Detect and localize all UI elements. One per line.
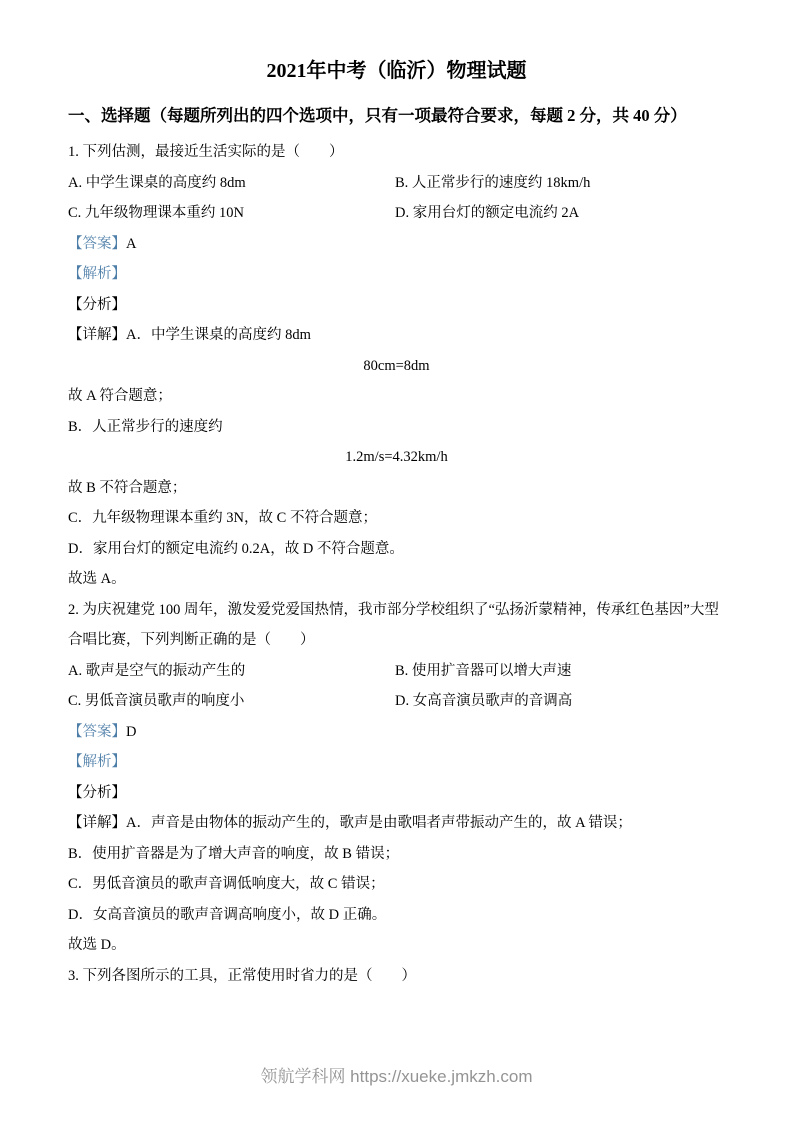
section-header: 一、选择题（每题所列出的四个选项中，只有一项最符合要求，每题 2 分，共 40 …	[68, 102, 725, 130]
q1-detail-a-conclusion: 故 A 符合题意；	[68, 381, 725, 412]
q2-answer-value: D	[126, 724, 136, 740]
q2-final-answer: 故选 D。	[68, 930, 725, 961]
q1-formula-2: 1.2m/s=4.32km/h	[68, 442, 725, 473]
q2-answer-line: 【答案】D	[68, 717, 725, 748]
q1-answer-value: A	[126, 236, 136, 252]
answer-label: 【答案】	[68, 236, 126, 252]
question-1: 1. 下列估测，最接近生活实际的是（ ） A. 中学生课桌的高度约 8dm B.…	[68, 137, 725, 595]
q2-fenxi-label: 【分析】	[68, 778, 725, 809]
q2-detail-d: D．女高音演员的歌声音调高响度小，故 D 正确。	[68, 900, 725, 931]
q1-option-a: A. 中学生课桌的高度约 8dm	[68, 168, 395, 199]
q1-detail-b-conclusion: 故 B 不符合题意；	[68, 473, 725, 504]
q1-detail-d: D．家用台灯的额定电流约 0.2A，故 D 不符合题意。	[68, 534, 725, 565]
q2-options-row-1: A. 歌声是空气的振动产生的 B. 使用扩音器可以增大声速	[68, 656, 725, 687]
question-2: 2. 为庆祝建党 100 周年，激发爱党爱国热情，我市部分学校组织了“弘扬沂蒙精…	[68, 595, 725, 961]
q2-detail-c: C．男低音演员的歌声音调低响度大，故 C 错误；	[68, 869, 725, 900]
q1-options-row-1: A. 中学生课桌的高度约 8dm B. 人正常步行的速度约 18km/h	[68, 168, 725, 199]
q1-formula-1: 80cm=8dm	[68, 351, 725, 382]
q1-options-row-2: C. 九年级物理课本重约 10N D. 家用台灯的额定电流约 2A	[68, 198, 725, 229]
q1-detail-b: B．人正常步行的速度约	[68, 412, 725, 443]
q1-stem: 1. 下列估测，最接近生活实际的是（ ）	[68, 137, 725, 168]
page-title: 2021年中考（临沂）物理试题	[68, 56, 725, 86]
q2-option-c: C. 男低音演员歌声的响度小	[68, 686, 395, 717]
q1-fenxi-label: 【分析】	[68, 290, 725, 321]
q1-option-c: C. 九年级物理课本重约 10N	[68, 198, 395, 229]
q2-option-d: D. 女高音演员歌声的音调高	[395, 686, 725, 717]
q1-detail-c: C．九年级物理课本重约 3N，故 C 不符合题意；	[68, 503, 725, 534]
q1-jiexi-label: 【解析】	[68, 259, 725, 290]
q1-detail-a: 【详解】A．中学生课桌的高度约 8dm	[68, 320, 725, 351]
document-page: 2021年中考（临沂）物理试题 一、选择题（每题所列出的四个选项中，只有一项最符…	[0, 0, 793, 991]
q1-option-d: D. 家用台灯的额定电流约 2A	[395, 198, 725, 229]
q2-stem: 2. 为庆祝建党 100 周年，激发爱党爱国热情，我市部分学校组织了“弘扬沂蒙精…	[68, 595, 725, 656]
q3-stem: 3. 下列各图所示的工具，正常使用时省力的是（ ）	[68, 961, 725, 992]
question-3: 3. 下列各图所示的工具，正常使用时省力的是（ ）	[68, 961, 725, 992]
q2-jiexi-label: 【解析】	[68, 747, 725, 778]
q1-option-b: B. 人正常步行的速度约 18km/h	[395, 168, 725, 199]
q1-answer-line: 【答案】A	[68, 229, 725, 260]
q2-option-a: A. 歌声是空气的振动产生的	[68, 656, 395, 687]
q2-option-b: B. 使用扩音器可以增大声速	[395, 656, 725, 687]
q2-detail-b: B．使用扩音器是为了增大声音的响度，故 B 错误；	[68, 839, 725, 870]
q1-final-answer: 故选 A。	[68, 564, 725, 595]
q2-options-row-2: C. 男低音演员歌声的响度小 D. 女高音演员歌声的音调高	[68, 686, 725, 717]
watermark-footer: 领航学科网 https://xueke.jmkzh.com	[0, 1062, 793, 1092]
q2-detail-a: 【详解】A．声音是由物体的振动产生的，歌声是由歌唱者声带振动产生的，故 A 错误…	[68, 808, 725, 839]
answer-label: 【答案】	[68, 724, 126, 740]
